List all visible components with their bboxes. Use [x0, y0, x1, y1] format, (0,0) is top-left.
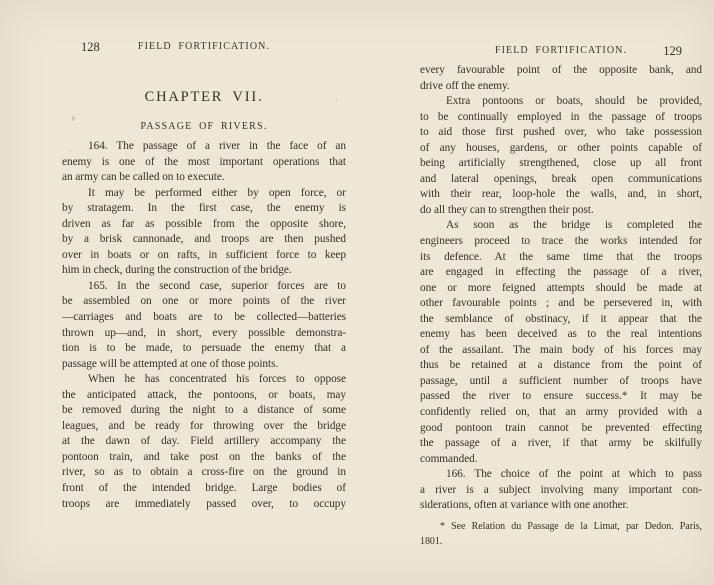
text-line: at the dawn of day. Field artillery acco…	[62, 434, 346, 450]
text-line: him in check, during the construction of…	[62, 263, 346, 279]
text-line: be removed during the night to a distanc…	[62, 403, 346, 419]
running-header-title-left: FIELD FORTIFICATION.	[62, 41, 346, 52]
text-line: As soon as the bridge is completed the	[420, 218, 702, 234]
paper-speck	[72, 116, 75, 121]
text-line: passage, until a sufficient number of tr…	[420, 374, 702, 390]
paper-speck	[336, 99, 338, 101]
text-line: a river is a subject involving many impo…	[420, 483, 702, 499]
text-line: pontoon train, and take post on the bank…	[62, 450, 346, 466]
text-line: —carriages and boats are to be collected…	[62, 310, 346, 326]
page-number-left: 128	[81, 40, 100, 55]
text-line: enemy is one of the most important opera…	[62, 155, 346, 171]
text-line: tion is to be made, to persuade the enem…	[62, 341, 346, 357]
text-line: the anticipated attack, the pontoons, or…	[62, 388, 346, 404]
text-line: by a brisk cannonade, and troops are the…	[62, 232, 346, 248]
text-line: confidently relied on, that an army prov…	[420, 405, 702, 421]
text-line: front of the intended bridge. Large bodi…	[62, 481, 346, 497]
text-line: siderations, often at variance with one …	[420, 498, 702, 514]
text-line: thrown up—and, in short, every possible …	[62, 326, 346, 342]
text-line: over in boats or on rafts, in sufficient…	[62, 248, 346, 264]
page-128: 128 FIELD FORTIFICATION. CHAPTER VII. PA…	[62, 0, 346, 585]
running-head-right: FIELD FORTIFICATION. 129	[420, 45, 702, 59]
text-line: thus be retained at a distance from the …	[420, 358, 702, 374]
right-page-body: every favourable point of the opposite b…	[420, 63, 702, 514]
text-line: 166. The choice of the point at which to…	[420, 467, 702, 483]
page-number-right: 129	[663, 44, 682, 59]
text-line: to aid those first pushed over, who take…	[420, 125, 702, 141]
text-line: one or more feigned attempts should be m…	[420, 281, 702, 297]
text-line: do all they can to strengthen their post…	[420, 203, 702, 219]
text-line: the passage of a river, if that army be …	[420, 436, 702, 452]
text-line: When he has concentrated his forces to o…	[62, 372, 346, 388]
text-line: are engaged in effecting the passage of …	[420, 265, 702, 281]
text-line: of any houses, gardens, or other points …	[420, 141, 702, 157]
text-line: the semblance of obstinacy, if it appear…	[420, 312, 702, 328]
text-line: * See Relation du Passage de la Limat, p…	[420, 520, 702, 535]
text-line: It may be performed either by open force…	[62, 186, 346, 202]
text-line: 165. In the second case, superior forces…	[62, 279, 346, 295]
running-head-left: 128 FIELD FORTIFICATION.	[62, 41, 346, 55]
text-line: passed the river to ensure success.* It …	[420, 389, 702, 405]
text-line: of the assailant. The main body of his f…	[420, 343, 702, 359]
text-line: good pontoon train cannot be prevented e…	[420, 421, 702, 437]
left-page-body: 164. The passage of a river in the face …	[62, 139, 346, 512]
text-line: river, so as to obtain a cross-fire on t…	[62, 465, 346, 481]
text-line: to be continually employed in the passag…	[420, 110, 702, 126]
text-line: leagues, and be ready for throwing over …	[62, 419, 346, 435]
text-line: be assembled on one or more points of th…	[62, 294, 346, 310]
text-line: enemy has been deceived as to the real i…	[420, 327, 702, 343]
paper-speck	[180, 76, 182, 77]
text-line: 1801.	[420, 535, 702, 550]
text-line: troops are immediately passed over, to o…	[62, 497, 346, 513]
text-line: other favourable points ; and be perseve…	[420, 296, 702, 312]
page-129: FIELD FORTIFICATION. 129 every favourabl…	[420, 0, 702, 585]
text-line: and lateral openings, break open communi…	[420, 172, 702, 188]
text-line: commanded.	[420, 452, 702, 468]
text-line: drive off the enemy.	[420, 79, 702, 95]
text-line: with their rear, loop-hole the walls, an…	[420, 187, 702, 203]
paper-speck	[69, 150, 71, 152]
text-line: 164. The passage of a river in the face …	[62, 139, 346, 155]
text-line: every favourable point of the opposite b…	[420, 63, 702, 79]
text-line: its defence. At the same time that the t…	[420, 250, 702, 266]
chapter-heading: CHAPTER VII.	[62, 89, 346, 106]
text-line: being artificially strengthened, close u…	[420, 156, 702, 172]
text-line: Extra pontoons or boats, should be provi…	[420, 94, 702, 110]
running-header-title-right: FIELD FORTIFICATION.	[420, 45, 702, 56]
book-spread: 128 FIELD FORTIFICATION. CHAPTER VII. PA…	[0, 0, 714, 585]
text-line: passage will be attempted at one of thos…	[62, 357, 346, 373]
text-line: by stratagem. In the first case, the ene…	[62, 201, 346, 217]
section-heading: PASSAGE OF RIVERS.	[62, 121, 346, 132]
footnote: * See Relation du Passage de la Limat, p…	[420, 520, 702, 549]
text-line: an army can be called on to execute.	[62, 170, 346, 186]
text-line: driven as far as possible from the oppos…	[62, 217, 346, 233]
text-line: engineers proceed to trace the works int…	[420, 234, 702, 250]
